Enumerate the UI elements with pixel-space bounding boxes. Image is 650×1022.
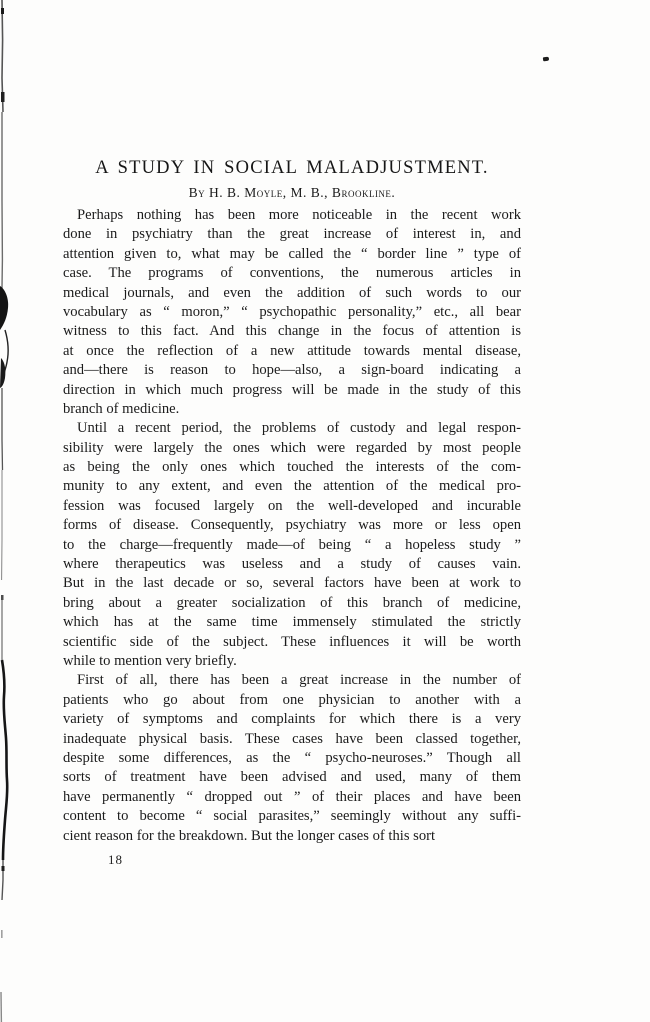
page-number: 18 (108, 852, 123, 868)
text-line: at once the reflection of a new attitude… (63, 342, 521, 361)
text-line: inadequate physical basis. These cases h… (63, 730, 521, 749)
text-line: Until a recent period, the problems of c… (63, 419, 521, 438)
text-line: scientific side of the subject. These in… (63, 633, 521, 652)
text-line: But in the last decade or so, several fa… (63, 574, 521, 593)
text-line: and—there is reason to hope—also, a sign… (63, 361, 521, 380)
text-line: forms of disease. Consequently, psychiat… (63, 516, 521, 535)
text-line: content to become “ social parasites,” s… (63, 807, 521, 826)
scanned-book-page: A STUDY IN SOCIAL MALADJUSTMENT. By H. B… (0, 0, 650, 1022)
text-line: branch of medicine. (63, 400, 521, 419)
text-line: done in psychiatry than the great increa… (63, 225, 521, 244)
text-line: medical journals, and even the addition … (63, 284, 521, 303)
text-line: as being the only ones which touched the… (63, 458, 521, 477)
text-line: witness to this fact. And this change in… (63, 322, 521, 341)
text-line: patients who go about from one physician… (63, 691, 521, 710)
text-line: bring about a greater socialization of t… (63, 594, 521, 613)
text-line: fession was focused largely on the well-… (63, 497, 521, 516)
text-line: attention given to, what may be called t… (63, 245, 521, 264)
text-line: vocabulary as “ moron,” “ psychopathic p… (63, 303, 521, 322)
paragraph: Until a recent period, the problems of c… (63, 419, 521, 671)
article-title: A STUDY IN SOCIAL MALADJUSTMENT. (63, 158, 521, 179)
text-line: sorts of treatment have been advised and… (63, 768, 521, 787)
text-line: while to mention very briefly. (63, 652, 521, 671)
text-line: variety of symptoms and complaints for w… (63, 710, 521, 729)
article-byline: By H. B. Moyle, M. B., Brookline. (63, 185, 521, 201)
binding-edge-artifact (0, 0, 16, 1022)
text-line: which has at the same time immensely sti… (63, 613, 521, 632)
text-line: despite some differences, as the “ psych… (63, 749, 521, 768)
text-line: Perhaps nothing has been more noticeable… (63, 206, 521, 225)
text-line: where therapeutics was useless and a stu… (63, 555, 521, 574)
body-text: Perhaps nothing has been more noticeable… (63, 206, 521, 846)
paragraph: Perhaps nothing has been more noticeable… (63, 206, 521, 419)
text-block: A STUDY IN SOCIAL MALADJUSTMENT. By H. B… (63, 0, 521, 1022)
text-line: direction in which much progress will be… (63, 381, 521, 400)
paragraph: First of all, there has been a great inc… (63, 671, 521, 846)
text-line: cient reason for the breakdown. But the … (63, 827, 521, 846)
text-line: to the charge—frequently made—of being “… (63, 536, 521, 555)
text-line: sibility were largely the ones which wer… (63, 439, 521, 458)
text-line: First of all, there has been a great inc… (63, 671, 521, 690)
text-line: case. The programs of conventions, the n… (63, 264, 521, 283)
ink-speck-artifact (543, 57, 549, 62)
text-line: have permanently “ dropped out ” of thei… (63, 788, 521, 807)
text-line: munity to any extent, and even the atten… (63, 477, 521, 496)
